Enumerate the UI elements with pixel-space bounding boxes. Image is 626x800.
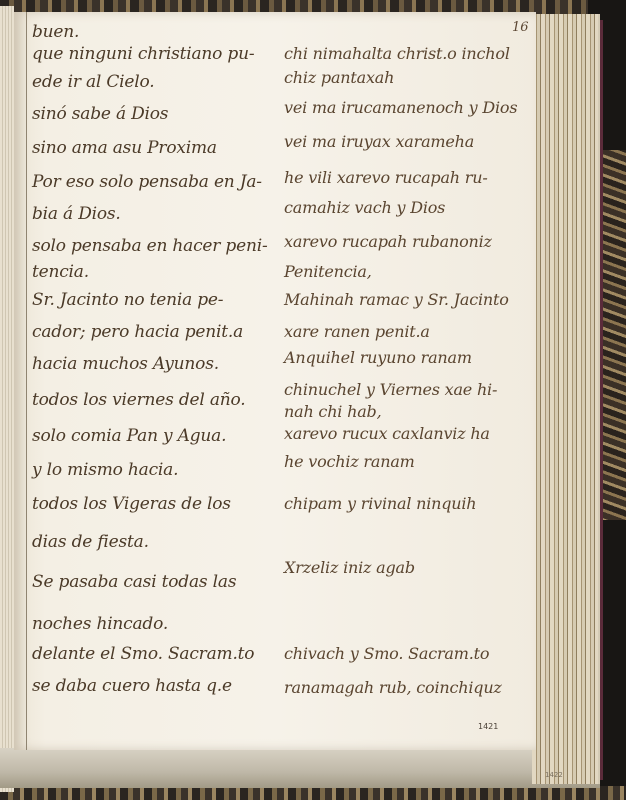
manuscript-line: Sr. Jacinto no tenia pe- xyxy=(32,290,223,310)
folio-number: 16 xyxy=(512,20,529,35)
manuscript-line: Penitencia, xyxy=(284,262,372,281)
manuscript-line: hacia muchos Ayunos. xyxy=(32,354,219,374)
page-leaves-right xyxy=(532,14,600,784)
manuscript-line: chipam y rivinal ninquih xyxy=(284,494,476,513)
manuscript-line: todos los viernes del año. xyxy=(32,390,245,410)
manuscript-line: nah chi hab, xyxy=(284,402,381,421)
manuscript-line: chiz pantaxah xyxy=(284,68,394,87)
manuscript-line: xarevo rucapah rubanoniz xyxy=(284,232,492,251)
manuscript-line: Mahinah ramac y Sr. Jacinto xyxy=(284,290,509,309)
manuscript-line: se daba cuero hasta q.e xyxy=(32,676,232,696)
manuscript-line: chivach y Smo. Sacram.to xyxy=(284,644,489,663)
manuscript-line: y lo mismo hacia. xyxy=(32,460,178,480)
manuscript-line: vei ma irucamanenoch y Dios xyxy=(284,98,517,117)
manuscript-line: Xrzeliz iniz agab xyxy=(284,558,415,577)
gutter-line xyxy=(26,12,27,750)
manuscript-line: sinó sabe á Dios xyxy=(32,104,168,124)
manuscript-line: he vili xarevo rucapah ru- xyxy=(284,168,488,187)
manuscript-line: solo pensaba en hacer peni- xyxy=(32,236,268,256)
page-leaves-left xyxy=(0,6,14,792)
archive-stamp: 1421 xyxy=(478,722,498,731)
manuscript-line: noches hincado. xyxy=(32,614,168,634)
manuscript-line: Anquihel ruyuno ranam xyxy=(284,348,472,367)
manuscript-line: xarevo rucux caxlanviz ha xyxy=(284,424,490,443)
manuscript-line: ede ir al Cielo. xyxy=(32,72,154,92)
manuscript-line: tencia. xyxy=(32,262,89,282)
manuscript-line: he vochiz ranam xyxy=(284,452,415,471)
manuscript-line: buen. xyxy=(32,22,79,42)
manuscript-line: todos los Vigeras de los xyxy=(32,494,231,514)
manuscript-line: dias de fiesta. xyxy=(32,532,149,552)
book-cover-bottom xyxy=(0,786,626,800)
manuscript-page: buen.que ninguni christiano pu-ede ir al… xyxy=(14,12,536,750)
manuscript-line: vei ma iruyax xarameha xyxy=(284,132,474,151)
manuscript-line: solo comia Pan y Agua. xyxy=(32,426,226,446)
manuscript-line: chinuchel y Viernes xae hi- xyxy=(284,380,497,399)
manuscript-line: sino ama asu Proxima xyxy=(32,138,217,158)
manuscript-line: camahiz vach y Dios xyxy=(284,198,445,217)
page-leaves-bottom xyxy=(0,748,600,788)
manuscript-line: xare ranen penit.a xyxy=(284,322,430,341)
manuscript-line: cador; pero hacia penit.a xyxy=(32,322,243,342)
manuscript-line: bia á Dios. xyxy=(32,204,121,224)
archive-stamp-lower: 1422 xyxy=(545,771,563,779)
manuscript-line: Por eso solo pensaba en Ja- xyxy=(32,172,262,192)
manuscript-line: chi nimahalta christ.o inchol xyxy=(284,44,510,63)
manuscript-line: que ninguni christiano pu- xyxy=(32,44,254,64)
book-edge-red xyxy=(600,20,603,780)
manuscript-line: Se pasaba casi todas las xyxy=(32,572,236,592)
manuscript-line: ranamagah rub, coinchiquz xyxy=(284,678,502,697)
manuscript-line: delante el Smo. Sacram.to xyxy=(32,644,254,664)
